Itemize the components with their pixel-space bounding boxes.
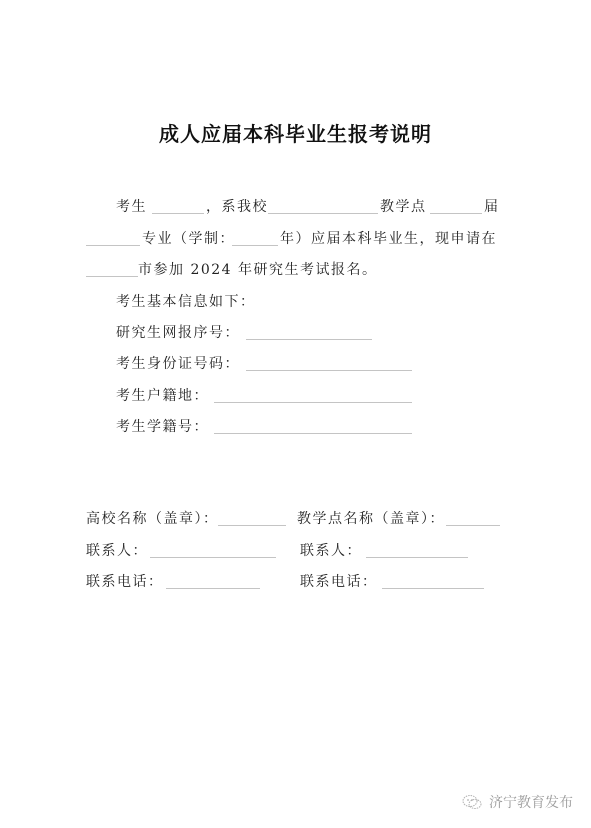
site-phone-label: 联系电话： [300, 573, 378, 591]
paragraph-line-1-session: 届 [484, 198, 500, 216]
major-blank[interactable] [86, 245, 140, 246]
paragraph-line-1-site: 教学点 [380, 198, 427, 216]
school-contact-input[interactable] [150, 557, 276, 558]
info-heading: 考生基本信息如下： [116, 293, 256, 311]
field-label-student-number: 考生学籍号： [116, 418, 209, 436]
school-name-seal-label: 高校名称（盖章）： [86, 510, 219, 528]
duration-blank[interactable] [232, 245, 278, 246]
field-label-registration-number: 研究生网报序号： [116, 324, 240, 342]
school-phone-input[interactable] [166, 588, 260, 589]
school-name-seal-input[interactable] [218, 525, 286, 526]
site-contact-label: 联系人： [300, 542, 362, 560]
watermark: 济宁教育发布 [461, 792, 573, 812]
wechat-icon [461, 793, 483, 811]
school-name-blank[interactable] [268, 213, 378, 214]
school-contact-label: 联系人： [86, 542, 148, 560]
household-input[interactable] [214, 402, 412, 403]
paragraph-line-3-city: 市参加 2024 年研究生考试报名。 [138, 261, 378, 279]
registration-number-input[interactable] [246, 339, 372, 340]
paragraph-line-2-graduate: 年）应届本科毕业生，现申请在 [280, 230, 497, 248]
field-label-id-number: 考生身份证号码： [116, 355, 240, 373]
paragraph-line-1-examinee: 考生 [116, 198, 147, 216]
site-name-seal-input[interactable] [446, 525, 500, 526]
paragraph-line-2-major: 专业（学制： [142, 230, 235, 248]
session-year-blank[interactable] [430, 213, 482, 214]
examinee-name-blank[interactable] [152, 213, 204, 214]
school-phone-label: 联系电话： [86, 573, 164, 591]
site-phone-input[interactable] [382, 588, 484, 589]
id-number-input[interactable] [246, 370, 412, 371]
watermark-text: 济宁教育发布 [489, 792, 573, 812]
site-contact-input[interactable] [366, 557, 468, 558]
student-number-input[interactable] [214, 433, 412, 434]
field-label-household: 考生户籍地： [116, 387, 209, 405]
site-name-seal-label: 教学点名称（盖章）： [297, 510, 445, 528]
city-blank[interactable] [86, 276, 138, 277]
paragraph-line-1-school: ，系我校 [206, 198, 268, 216]
document-title: 成人应届本科毕业生报考说明 [0, 118, 591, 147]
